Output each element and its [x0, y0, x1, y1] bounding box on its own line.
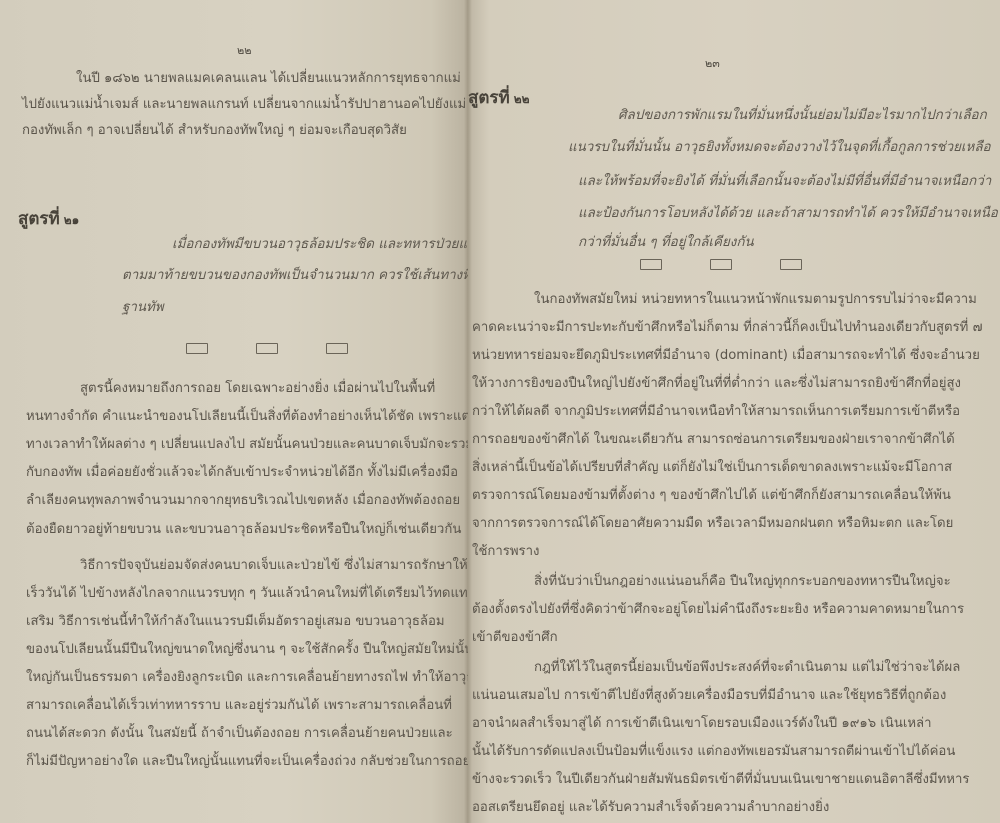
left-page: ๒๒ ในปี ๑๘๖๒ นายพลแมคเคลนแลน ได้เปลี่ยนแ…: [0, 0, 468, 823]
text-line: ต้องยืดยาวอยู่ท้ายขบวน และขบวนอาวุธล้อมป…: [26, 522, 461, 538]
text-line: ในปี ๑๘๖๒ นายพลแมคเคลนแลน ได้เปลี่ยนแนวห…: [76, 71, 461, 87]
page-number: ๒๓: [705, 54, 720, 72]
text-line: ก็ไม่มีปัญหาอย่างใด และปืนใหญ่นั้นแทนที่…: [26, 754, 468, 770]
text-line: ของนโปเลียนนั้นมีปืนใหญ่ขนาดใหญ่ซึ่งนาน …: [26, 642, 468, 658]
text-line: สามารถเคลื่อนได้เร็วเท่าทหารราบ และอยู่ร…: [26, 698, 452, 714]
ornament-box-icon: [326, 343, 348, 354]
text-line: ลำเลียงคนทุพลภาพจำนวนมากจากยุทธบริเวณไปเ…: [26, 493, 460, 509]
text-line: ไปยังแนวแม่น้ำเจมส์ และนายพลแกรนท์ เปลี่…: [22, 97, 466, 113]
text-line: วิธีการปัจจุบันย่อมจัดส่งคนบาดเจ็บและป่ว…: [80, 558, 468, 574]
text-line: เข้าตีของข้าศึก: [472, 630, 558, 646]
text-line: และป้องกันการโอบหลังได้ด้วย และถ้าสามารถ…: [578, 206, 998, 222]
text-line: ต้องตั้งตรงไปยังที่ซึ่งคิดว่าข้าศึกจะอยู…: [472, 602, 964, 618]
text-line: ให้วางการยิงของปืนใหญ่ไปยังข้าศึกที่อยู่…: [472, 376, 961, 392]
text-line: ฐานทัพ: [122, 300, 164, 316]
text-line: จากการตรวจการณ์ได้โดยอาศัยความมืด หรือเว…: [472, 516, 953, 532]
right-page: ๒๓ สูตรที่๒๒ ศิลปของการพักแรมในที่มั่นหน…: [468, 0, 1000, 823]
page-number: ๒๒: [237, 41, 252, 59]
text-line: กว่าให้ได้ผลดี จากภูมิประเทศที่มีอำนาจเห…: [472, 404, 960, 420]
text-line: ข้างจะรวดเร็ว ในปีเดียวกันฝ่ายสัมพันธมิต…: [472, 772, 969, 788]
book-gutter: [464, 0, 472, 823]
text-line: ตรวจการณ์โดยมองข้ามที่ตั้งต่าง ๆ ของข้าศ…: [472, 488, 951, 504]
ornament-box-icon: [186, 343, 208, 354]
section-number: ๒๑: [64, 213, 80, 227]
text-line: กว่าที่มั่นอื่น ๆ ที่อยู่ใกล้เคียงกัน: [578, 235, 754, 251]
section-separator: [640, 259, 802, 270]
text-line: กองทัพเล็ก ๆ อาจเปลี่ยนได้ สำหรับกองทัพใ…: [22, 123, 407, 139]
section-heading: สูตรที่๒๑: [18, 205, 79, 232]
section-separator: [186, 343, 348, 354]
text-line: เร็ววันได้ ไปข้างหลังไกลจากแนวรบทุก ๆ วั…: [26, 586, 468, 602]
text-line: ศิลปของการพักแรมในที่มั่นหนึ่งนั้นย่อมไม…: [618, 108, 987, 124]
text-line: ถนนได้สะดวก ดังนั้น ในสมัยนี้ ถ้าจำเป็นต…: [26, 726, 453, 742]
text-line: กับกองทัพ เมื่อค่อยยังชั่วแล้วจะได้กลับเ…: [26, 465, 458, 481]
ornament-box-icon: [640, 259, 662, 270]
text-line: ออสเตรียนยึดอยู่ และได้รับความสำเร็จด้วย…: [472, 800, 829, 816]
section-heading-label: สูตรที่: [18, 209, 60, 229]
ornament-box-icon: [780, 259, 802, 270]
text-line: การถอยของข้าศึกได้ ในขณะเดียวกัน สามารถซ…: [472, 432, 955, 448]
section-number: ๒๒: [514, 92, 530, 106]
section-heading-label: สูตรที่: [468, 88, 510, 108]
text-line: กฎที่ให้ไว้ในสูตรนี้ย่อมเป็นข้อพึงประสงค…: [534, 660, 960, 676]
text-line: คาดคะเนว่าจะมีการปะทะกับข้าศึกหรือไม่ก็ต…: [472, 320, 982, 336]
text-line: แนวรบในที่มั่นนั้น อาวุธยิงทั้งหมดจะต้อง…: [568, 140, 991, 156]
text-line: หนทางจำกัด คำแนะนำของนโปเลียนนี้เป็นสิ่ง…: [26, 409, 468, 425]
text-line: สูตรนี้คงหมายถึงการถอย โดยเฉพาะอย่างยิ่ง…: [80, 381, 435, 397]
text-line: อาจนำผลสำเร็จมาสู่ได้ การเข้าตีเนินเขาโด…: [472, 716, 932, 732]
section-heading: สูตรที่๒๒: [468, 84, 530, 111]
text-line: ตามมาท้ายขบวนของกองทัพเป็นจำนวนมาก ควรใช…: [122, 268, 468, 284]
ornament-box-icon: [256, 343, 278, 354]
text-line: ใหญ่กันเป็นธรรมดา เครื่องยิงลูกระเบิด แล…: [26, 670, 468, 686]
ornament-box-icon: [710, 259, 732, 270]
text-line: นั้นได้รับการดัดแปลงเป็นป้อมที่แข็งแรง แ…: [472, 744, 955, 760]
text-line: แน่นอนเสมอไป การเข้าตีไปยังที่สูงด้วยเคร…: [472, 688, 946, 704]
text-line: หน่วยทหารย่อมจะยึดภูมิประเทศที่มีอำนาจ (…: [472, 348, 980, 364]
text-line: สิ่งเหล่านี้เป็นข้อได้เปรียบที่สำคัญ แต่…: [472, 460, 952, 476]
text-line: ใช้การพราง: [472, 544, 539, 560]
text-line: สิ่งที่นับว่าเป็นกฎอย่างแน่นอนก็คือ ปืนใ…: [534, 574, 951, 590]
text-line: เมื่อกองทัพมีขบวนอาวุธล้อมประชิด และทหาร…: [172, 237, 468, 253]
text-line: และให้พร้อมที่จะยิงได้ ที่มั่นที่เลือกนั…: [578, 174, 991, 190]
text-line: ทางเวลาทำให้ผลต่าง ๆ เปลี่ยนแปลงไป สมัยน…: [26, 437, 468, 453]
text-line: เสริม วิธีการเช่นนี้ทำให้กำลังในแนวรบมีเ…: [26, 614, 445, 630]
text-line: ในกองทัพสมัยใหม่ หน่วยทหารในแนวหน้าพักแร…: [534, 292, 977, 308]
